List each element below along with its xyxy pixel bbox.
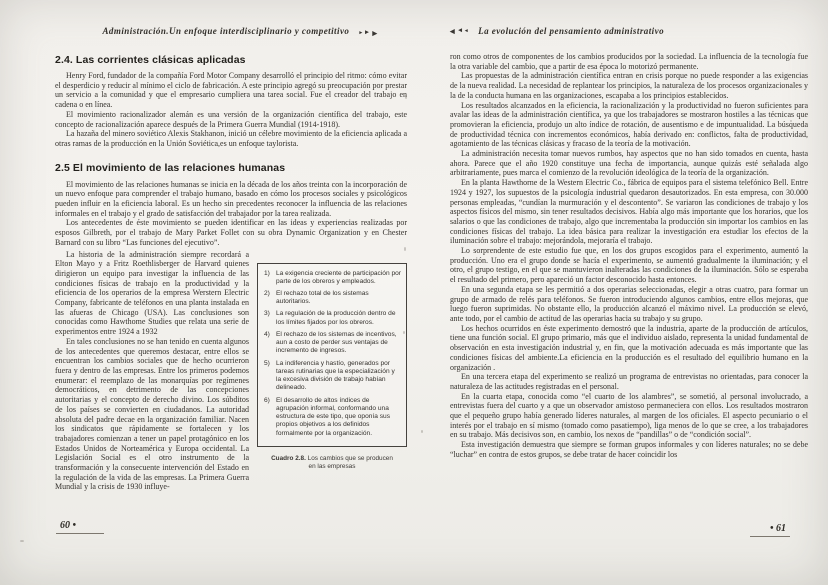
list-item: 5) La indiferencia y hastío, generados p… bbox=[264, 360, 401, 393]
left-running-head: Administración.Un enfoque interdisciplin… bbox=[78, 26, 404, 38]
scan-speck bbox=[403, 331, 405, 334]
left-running-head-title: Administración.Un enfoque interdisciplin… bbox=[102, 26, 349, 36]
paragraph: El movimiento racionalizador alemán es u… bbox=[55, 110, 407, 129]
list-item-text: La indiferencia y hastío, generados por … bbox=[276, 360, 401, 393]
left-page-body: 2.4. Las corrientes clásicas aplicadas H… bbox=[55, 52, 407, 492]
scan-speck bbox=[790, 120, 792, 122]
forward-arrow-medium-icon: ► bbox=[364, 30, 371, 37]
page-left: Administración.Un enfoque interdisciplin… bbox=[0, 0, 414, 585]
list-item-text: La exigencia creciente de participación … bbox=[276, 270, 401, 286]
forward-arrow-large-icon: ► bbox=[371, 29, 380, 38]
list-item-number: 2) bbox=[264, 290, 276, 306]
scan-speck bbox=[421, 430, 423, 433]
two-column-row: La historia de la administración siempre… bbox=[55, 250, 407, 493]
list-item: 3) La regulación de la producción dentro… bbox=[264, 310, 401, 326]
book-scan: Administración.Un enfoque interdisciplin… bbox=[0, 0, 828, 585]
left-column-text: La historia de la administración siempre… bbox=[55, 250, 249, 493]
back-arrows-icon: ◄ ◄ ◄ bbox=[448, 27, 469, 36]
back-arrow-large-icon: ◄ bbox=[448, 27, 457, 36]
page-number-left: 60 • bbox=[56, 520, 104, 534]
box-caption-text: Los cambios que se producen en las empre… bbox=[306, 455, 393, 471]
paragraph: Esta investigación demuestra que siempre… bbox=[450, 440, 808, 459]
list-item-text: El rechazo de los sistemas de incentivos… bbox=[276, 331, 401, 356]
section-2-5-heading: 2.5 El movimiento de las relaciones huma… bbox=[55, 162, 407, 174]
list-item: 6) El desarrollo de altos índices de agr… bbox=[264, 397, 401, 438]
back-arrow-medium-icon: ◄ bbox=[457, 28, 464, 35]
page-number-right: • 61 bbox=[750, 523, 790, 537]
paragraph: Lo sorprendente de este estudio fue que,… bbox=[450, 246, 808, 285]
list-item-number: 5) bbox=[264, 360, 276, 393]
paragraph: ron como otros de componentes de los cam… bbox=[450, 52, 808, 71]
list-item: 2) El rechazo total de los sistemas auto… bbox=[264, 290, 401, 306]
list-item-text: El desarrollo de altos índices de agrupa… bbox=[276, 397, 401, 438]
page-right: ◄ ◄ ◄ La evolución del pensamiento admin… bbox=[414, 0, 828, 585]
list-item-number: 4) bbox=[264, 331, 276, 356]
box-caption-label: Cuadro 2.8. bbox=[271, 455, 306, 462]
paragraph: Los hechos ocurridos en éste experimento… bbox=[450, 324, 808, 373]
changes-box: 1) La exigencia creciente de participaci… bbox=[257, 263, 407, 447]
list-item: 1) La exigencia creciente de participaci… bbox=[264, 270, 401, 286]
scan-speck bbox=[404, 247, 406, 251]
right-running-head: ◄ ◄ ◄ La evolución del pensamiento admin… bbox=[448, 26, 664, 36]
right-page-body: ron como otros de componentes de los cam… bbox=[450, 52, 808, 460]
paragraph: Los resultados alcanzados en la eficienc… bbox=[450, 101, 808, 150]
paragraph: La administración necesita tomar nuevos … bbox=[450, 149, 808, 178]
paragraph: En la cuarta etapa, conocida como “el cu… bbox=[450, 392, 808, 441]
list-item-number: 1) bbox=[264, 270, 276, 286]
list-item: 4) El rechazo de los sistemas de incenti… bbox=[264, 331, 401, 356]
scan-speck bbox=[405, 94, 407, 99]
paragraph: En tales conclusiones no se han tenido e… bbox=[55, 337, 249, 492]
scan-speck bbox=[20, 540, 24, 542]
sidebar-box-column: 1) La exigencia creciente de participaci… bbox=[257, 250, 407, 493]
right-running-head-title: La evolución del pensamiento administrat… bbox=[478, 26, 664, 36]
paragraph: En la planta Hawthorne de la Western Ele… bbox=[450, 178, 808, 246]
list-item-number: 6) bbox=[264, 397, 276, 438]
list-item-text: La regulación de la producción dentro de… bbox=[276, 310, 401, 326]
paragraph: En una tercera etapa del experimento se … bbox=[450, 372, 808, 391]
box-caption: Cuadro 2.8. Los cambios que se producen … bbox=[268, 455, 396, 472]
paragraph: La hazaña del minero soviético Alexis St… bbox=[55, 129, 407, 148]
paragraph: Los antecedentes de éste movimiento se p… bbox=[55, 218, 407, 247]
paragraph: La historia de la administración siempre… bbox=[55, 250, 249, 337]
paragraph: En una segunda etapa se les permitió a d… bbox=[450, 285, 808, 324]
list-item-number: 3) bbox=[264, 310, 276, 326]
forward-arrows-icon: ► ► ► bbox=[358, 29, 379, 38]
section-2-4-heading: 2.4. Las corrientes clásicas aplicadas bbox=[55, 54, 407, 66]
paragraph: Henry Ford, fundador de la compañía Ford… bbox=[55, 71, 407, 110]
back-arrow-small-icon: ◄ bbox=[464, 29, 469, 34]
paragraph: El movimiento de las relaciones humanas … bbox=[55, 180, 407, 219]
list-item-text: El rechazo total de los sistemas autorit… bbox=[276, 290, 401, 306]
paragraph: Las propuestas de la administración cien… bbox=[450, 71, 808, 100]
